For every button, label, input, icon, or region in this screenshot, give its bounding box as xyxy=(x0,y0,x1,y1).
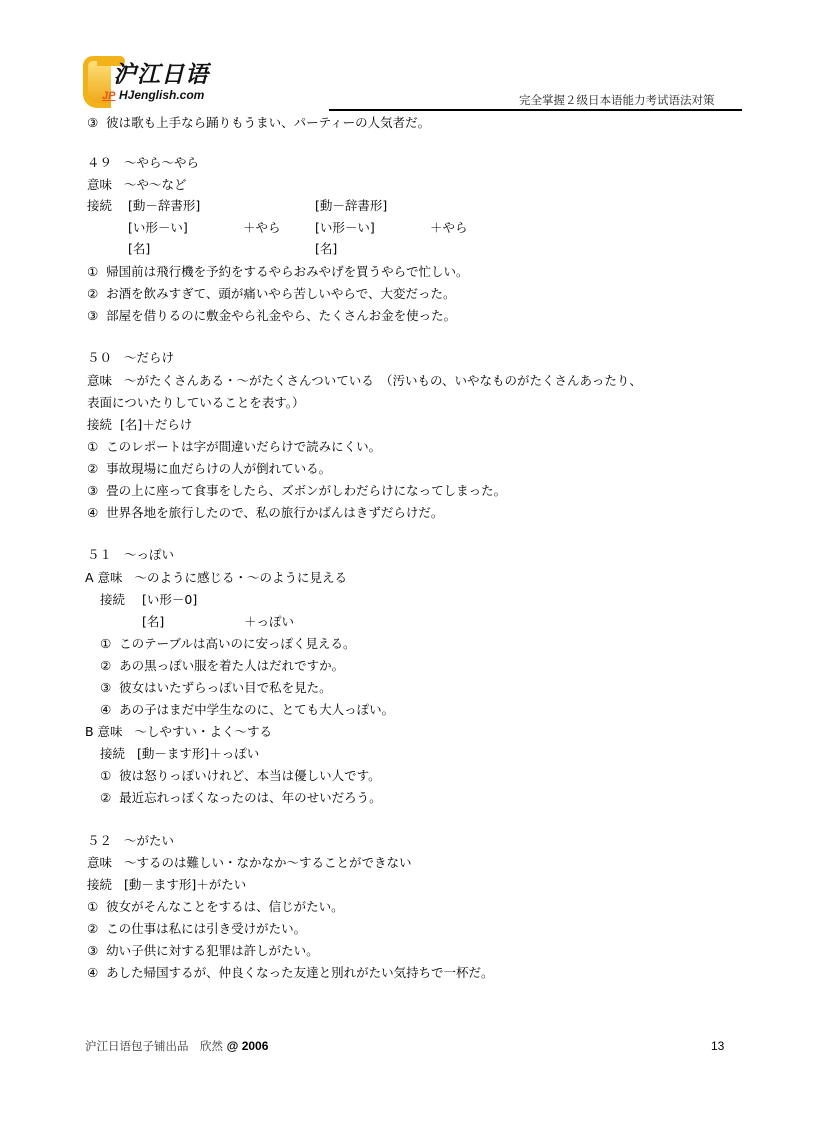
section-heading: ４９ ～やら～やら xyxy=(87,155,199,171)
connection-label: 接続 xyxy=(87,198,112,214)
meaning-label: 意味 xyxy=(87,373,112,388)
meaning-row: 意味 ～がたくさんある・～がたくさんついている （汚いもの、いやなものがたくさん… xyxy=(87,373,642,389)
meaning-text: ～するのは難しい・なかなか～することができない xyxy=(124,855,412,870)
section-heading: ５２ ～がたい xyxy=(87,833,174,849)
meaning-row: 意味 ～するのは難しい・なかなか～することができない xyxy=(87,855,411,871)
logo-title: 沪江日语 xyxy=(113,62,209,88)
connection-label: 接続 xyxy=(87,877,112,892)
example-text: 帰国前は飛行機を予約をするやらおみやげを買うやらで忙しい。 xyxy=(106,264,468,279)
footer-copyright: @ 2006 xyxy=(227,1039,269,1053)
example-text: 彼は怒りっぽいけれど、本当は優しい人です。 xyxy=(119,768,381,783)
meaning-label: B 意味 xyxy=(85,724,123,739)
meaning-label: A 意味 xyxy=(85,570,123,585)
connection-row: 接続 [名]＋だらけ xyxy=(87,417,192,433)
example-item: ② あの黒っぽい服を着た人はだれですか。 xyxy=(100,658,344,674)
document-title: 完全掌握２级日本语能力考试语法对策 xyxy=(519,93,715,107)
example-number: ④ xyxy=(87,965,98,980)
example-item: ② 最近忘れっぽくなったのは、年のせいだろう。 xyxy=(100,790,382,806)
section-number: ５２ xyxy=(87,833,112,848)
meaning-text: ～のように感じる・～のように見える xyxy=(134,570,347,585)
footer-publisher: 沪江日语包子铺出品 欣然 xyxy=(85,1039,223,1053)
example-text: あの子はまだ中学生なのに、とても大人っぽい。 xyxy=(119,702,394,717)
example-number: ③ xyxy=(87,943,98,958)
page-number: 13 xyxy=(711,1039,724,1053)
example-item: ① このレポートは字が間違いだらけで読みにくい。 xyxy=(87,439,381,455)
example-item: ③ 畳の上に座って食事をしたら、ズボンがしわだらけになってしまった。 xyxy=(87,483,506,499)
connection-form: [動－ます形]＋がたい xyxy=(124,877,246,892)
example-number: ④ xyxy=(100,702,111,717)
example-text: 部屋を借りるのに敷金やら礼金やら、たくさんお金を使った。 xyxy=(106,308,456,323)
example-number: ① xyxy=(100,768,111,783)
connection-form: [動－辞書形] xyxy=(128,198,200,214)
example-text: 畳の上に座って食事をしたら、ズボンがしわだらけになってしまった。 xyxy=(106,483,506,498)
connection-label: 接続 xyxy=(100,592,125,608)
example-number: ① xyxy=(100,636,111,651)
example-number: ④ xyxy=(87,505,98,520)
section-heading: ５１ ～っぽい xyxy=(87,547,174,563)
example-item: ② この仕事は私には引き受けがたい。 xyxy=(87,921,306,937)
example-item: ③ 彼女はいたずらっぽい目で私を見た。 xyxy=(100,680,332,696)
meaning-text: ～がたくさんある・～がたくさんついている （汚いもの、いやなものがたくさんあった… xyxy=(124,373,642,388)
example-number: ② xyxy=(100,658,111,673)
example-item: ① 彼は怒りっぽいけれど、本当は優しい人です。 xyxy=(100,768,381,784)
example-item: ④ 世界各地を旅行したので、私の旅行かばんはきずだらけだ。 xyxy=(87,505,443,521)
example-item: ③ 部屋を借りるのに敷金やら礼金やら、たくさんお金を使った。 xyxy=(87,308,456,324)
connection-form: [名] xyxy=(128,241,150,257)
example-number: ① xyxy=(87,899,98,914)
example-item: ③ 幼い子供に対する犯罪は許しがたい。 xyxy=(87,943,319,959)
connection-label: 接続 xyxy=(87,417,112,432)
meaning-label: 意味 xyxy=(87,177,112,192)
example-item: ① 彼女がそんなことをするは、信じがたい。 xyxy=(87,899,344,915)
header-divider xyxy=(329,109,742,111)
example-text: このテーブルは高いのに安っぽく見える。 xyxy=(119,636,355,651)
example-item: ② 事故現場に血だらけの人が倒れている。 xyxy=(87,461,331,477)
connection-form: [い形－い] xyxy=(315,220,375,236)
example-item: ② お酒を飲みすぎて、頭が痛いやら苦しいやらで、大変だった。 xyxy=(87,286,456,302)
example-number: ② xyxy=(100,790,111,805)
connection-suffix: ＋やら xyxy=(243,220,281,236)
connection-form: [名]＋だらけ xyxy=(120,417,192,432)
example-number: ① xyxy=(87,439,98,454)
meaning-label: 意味 xyxy=(87,855,112,870)
connection-suffix: ＋やら xyxy=(430,220,468,236)
example-item: ④ あした帰国するが、仲良くなった友達と別れがたい気持ちで一杯だ。 xyxy=(87,965,494,981)
example-text: あした帰国するが、仲良くなった友達と別れがたい気持ちで一杯だ。 xyxy=(106,965,493,980)
example-item: ① 帰国前は飛行機を予約をするやらおみやげを買うやらで忙しい。 xyxy=(87,264,469,280)
connection-form: [動－辞書形] xyxy=(315,198,387,214)
meaning-text: ～しやすい・よく～する xyxy=(134,724,272,739)
example-text: 最近忘れっぽくなったのは、年のせいだろう。 xyxy=(119,790,382,805)
section-pattern: ～だらけ xyxy=(124,350,174,365)
example-text: 幼い子供に対する犯罪は許しがたい。 xyxy=(106,943,319,958)
logo-jp-tag: JP xyxy=(102,90,115,102)
connection-form: [い形－0] xyxy=(142,592,197,608)
example-number: ③ xyxy=(87,115,98,130)
section-pattern: ～っぽい xyxy=(124,547,174,562)
section-number: ５１ xyxy=(87,547,112,562)
meaning-row-b: B 意味 ～しやすい・よく～する xyxy=(85,724,272,740)
example-text: この仕事は私には引き受けがたい。 xyxy=(106,921,306,936)
connection-form: [い形－い] xyxy=(128,220,188,236)
connection-form: [動－ます形]＋っぽい xyxy=(137,746,259,761)
meaning-row-a: A 意味 ～のように感じる・～のように見える xyxy=(85,570,347,586)
example-number: ③ xyxy=(87,483,98,498)
example-number: ② xyxy=(87,921,98,936)
connection-suffix: ＋っぽい xyxy=(244,614,294,630)
connection-form: [名] xyxy=(142,614,164,630)
connection-label: 接続 xyxy=(100,746,125,761)
footer-credit: 沪江日语包子铺出品 欣然 @ 2006 xyxy=(85,1039,268,1053)
hjenglish-logo[interactable]: 沪江日语 JP HJenglish.com xyxy=(83,52,233,108)
example-number: ② xyxy=(87,461,98,476)
example-number: ③ xyxy=(100,680,111,695)
section-pattern: ～やら～やら xyxy=(124,155,199,170)
example-text: 彼は歌も上手なら踊りもうまい、パーティーの人気者だ。 xyxy=(106,115,430,130)
meaning-row: 意味 ～や～など xyxy=(87,177,186,193)
example-text: あの黒っぽい服を着た人はだれですか。 xyxy=(119,658,344,673)
example-number: ③ xyxy=(87,308,98,323)
document-page: 沪江日语 JP HJenglish.com 完全掌握２级日本语能力考试语法对策 … xyxy=(0,0,816,1123)
example-text: このレポートは字が間違いだらけで読みにくい。 xyxy=(106,439,381,454)
connection-row: 接続 [動－ます形]＋っぽい xyxy=(100,746,259,762)
section-number: ５０ xyxy=(87,350,112,365)
logo-url: HJenglish.com xyxy=(119,89,204,102)
section-pattern: ～がたい xyxy=(124,833,174,848)
example-text: 彼女はいたずらっぽい目で私を見た。 xyxy=(119,680,332,695)
example-number: ① xyxy=(87,264,98,279)
connection-row: 接続 [動－ます形]＋がたい xyxy=(87,877,246,893)
section-heading: ５０ ～だらけ xyxy=(87,350,174,366)
example-number: ② xyxy=(87,286,98,301)
example-item: ③ 彼は歌も上手なら踊りもうまい、パーティーの人気者だ。 xyxy=(87,115,430,131)
meaning-continuation: 表面についたりしていることを表す。） xyxy=(87,395,305,411)
example-text: 世界各地を旅行したので、私の旅行かばんはきずだらけだ。 xyxy=(106,505,443,520)
example-item: ④ あの子はまだ中学生なのに、とても大人っぽい。 xyxy=(100,702,394,718)
section-number: ４９ xyxy=(87,155,112,170)
example-text: 事故現場に血だらけの人が倒れている。 xyxy=(106,461,331,476)
connection-form: [名] xyxy=(315,241,337,257)
example-text: お酒を飲みすぎて、頭が痛いやら苦しいやらで、大変だった。 xyxy=(106,286,455,301)
example-text: 彼女がそんなことをするは、信じがたい。 xyxy=(106,899,344,914)
meaning-text: ～や～など xyxy=(124,177,187,192)
example-item: ① このテーブルは高いのに安っぽく見える。 xyxy=(100,636,356,652)
